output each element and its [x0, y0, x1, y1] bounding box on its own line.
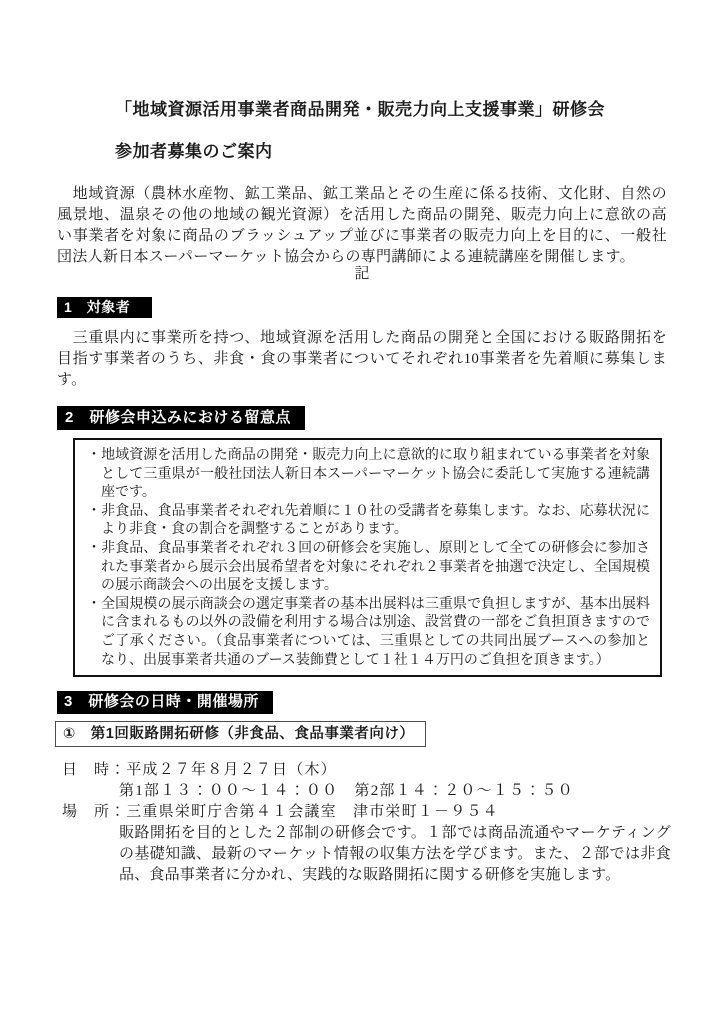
datetime-row: 日 時 ：平成２７年８月２７日（木）	[62, 760, 667, 781]
workshop-1-heading: ① 第1回販路開拓研修（非食品、食品事業者向け）	[55, 721, 426, 747]
workshop-1-schedule: 日 時 ：平成２７年８月２７日（木） 第1部１３：００～１４：００ 第2部１４：…	[57, 760, 667, 886]
note-item: ・全国規模の展示商談会の選定事業者の基本出展料は三重県で負担しますが、基本出展料…	[87, 594, 650, 668]
note-item: ・地域資源を活用した商品の開発・販売力向上に意欲的に取り組まれている事業者を対象…	[87, 445, 650, 501]
document-subtitle: 参加者募集のご案内	[115, 142, 667, 162]
document-content: 「地域資源活用事業者商品開発・販売力向上支援事業」研修会 参加者募集のご案内 地…	[0, 0, 724, 886]
section-3: 3 研修会の日時・開催場所 ① 第1回販路開拓研修（非食品、食品事業者向け） 日…	[57, 677, 667, 886]
section-1-body: 三重県内に事業所を持つ、地域資源を活用した商品の開発と全国における販路開拓を目指…	[57, 328, 667, 391]
section-1-heading: 1 対象者	[57, 297, 152, 318]
document-title: 「地域資源活用事業者商品開発・販売力向上支援事業」研修会	[115, 100, 667, 120]
section-3-heading: 3 研修会の日時・開催場所	[57, 691, 273, 714]
document-page: 「地域資源活用事業者商品開発・販売力向上支援事業」研修会 参加者募集のご案内 地…	[0, 0, 724, 1024]
intro-paragraph: 地域資源（農林水産物、鉱工業品、鉱工業品とその生産に係る技術、文化財、自然の風景…	[57, 184, 667, 268]
notes-list: ・地域資源を活用した商品の開発・販売力向上に意欲的に取り組まれている事業者を対象…	[87, 445, 650, 668]
datetime-detail: 第1部１３：００～１４：００ 第2部１４：２０～１５：５０	[119, 781, 667, 802]
datetime-label: 日 時	[62, 760, 110, 781]
section-2-heading: 2 研修会申込みにおける留意点	[57, 406, 305, 430]
section-1: 1 対象者 三重県内に事業所を持つ、地域資源を活用した商品の開発と全国における販…	[57, 285, 667, 391]
place-label: 場 所	[62, 802, 110, 823]
notes-box: ・地域資源を活用した商品の開発・販売力向上に意欲的に取り組まれている事業者を対象…	[73, 438, 662, 677]
note-item: ・非食品、食品事業者それぞれ先着順に１０社の受講者を募集します。なお、応募状況に…	[87, 501, 650, 538]
workshop-description: 販路開拓を目的とした２部制の研修会です。１部では商品流通やマーケティングの基礎知…	[119, 823, 671, 886]
place-row: 場 所 ：三重県栄町庁舎第４１会議室 津市栄町１－９５４	[62, 802, 667, 823]
datetime-value: ：平成２７年８月２７日（木）	[110, 760, 337, 781]
section-2: 2 研修会申込みにおける留意点 ・地域資源を活用した商品の開発・販売力向上に意欲…	[57, 391, 667, 677]
place-value: ：三重県栄町庁舎第４１会議室 津市栄町１－９５４	[110, 802, 499, 823]
note-item: ・非食品、食品事業者それぞれ３回の研修会を実施し、原則として全ての研修会に参加さ…	[87, 538, 650, 594]
